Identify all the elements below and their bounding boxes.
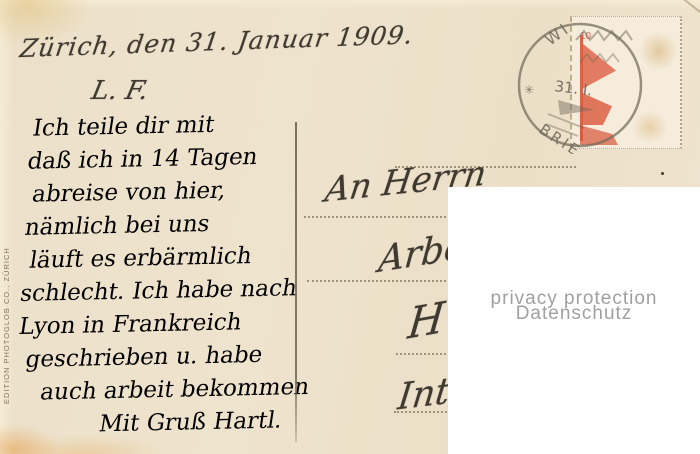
postcard-back: Zürich, den 31. Januar 1909. L. F. Ich t…	[0, 0, 700, 454]
postmark-cancellation: WI ✳ 31. I. BRIE	[514, 18, 684, 154]
message-signature: Mit Gruß Hartl.	[97, 404, 313, 442]
postmark-bridge-wedge	[558, 100, 594, 115]
postmark-wavy-line	[580, 54, 619, 62]
address-dotted-line	[304, 216, 454, 218]
center-divider-line	[295, 122, 297, 442]
ink-speck	[661, 172, 664, 175]
paper-crack	[655, 0, 700, 18]
postmark-town-arc: WI	[541, 18, 574, 49]
datenschutz-label: Datenschutz	[448, 305, 700, 322]
publisher-imprint: EDITION PHOTOGLOB CO., ZÜRICH	[2, 226, 11, 404]
message-body: Ich teile dir mit daß ich in 14 Tagen ab…	[9, 107, 311, 443]
address-fragment: H	[406, 292, 447, 349]
address-dotted-line	[396, 353, 454, 355]
privacy-overlay-text: privacy protection Datenschutz	[448, 290, 700, 322]
privacy-overlay: privacy protection Datenschutz	[448, 187, 700, 454]
postmark-date: 31. I.	[554, 77, 594, 99]
date-line: Zürich, den 31. Januar 1909.	[18, 18, 482, 63]
salutation: L. F.	[89, 76, 151, 106]
address-fragment: Int	[396, 370, 453, 418]
postmark-wavy-line	[576, 31, 632, 40]
postmark-star-ornament: ✳	[524, 83, 534, 97]
